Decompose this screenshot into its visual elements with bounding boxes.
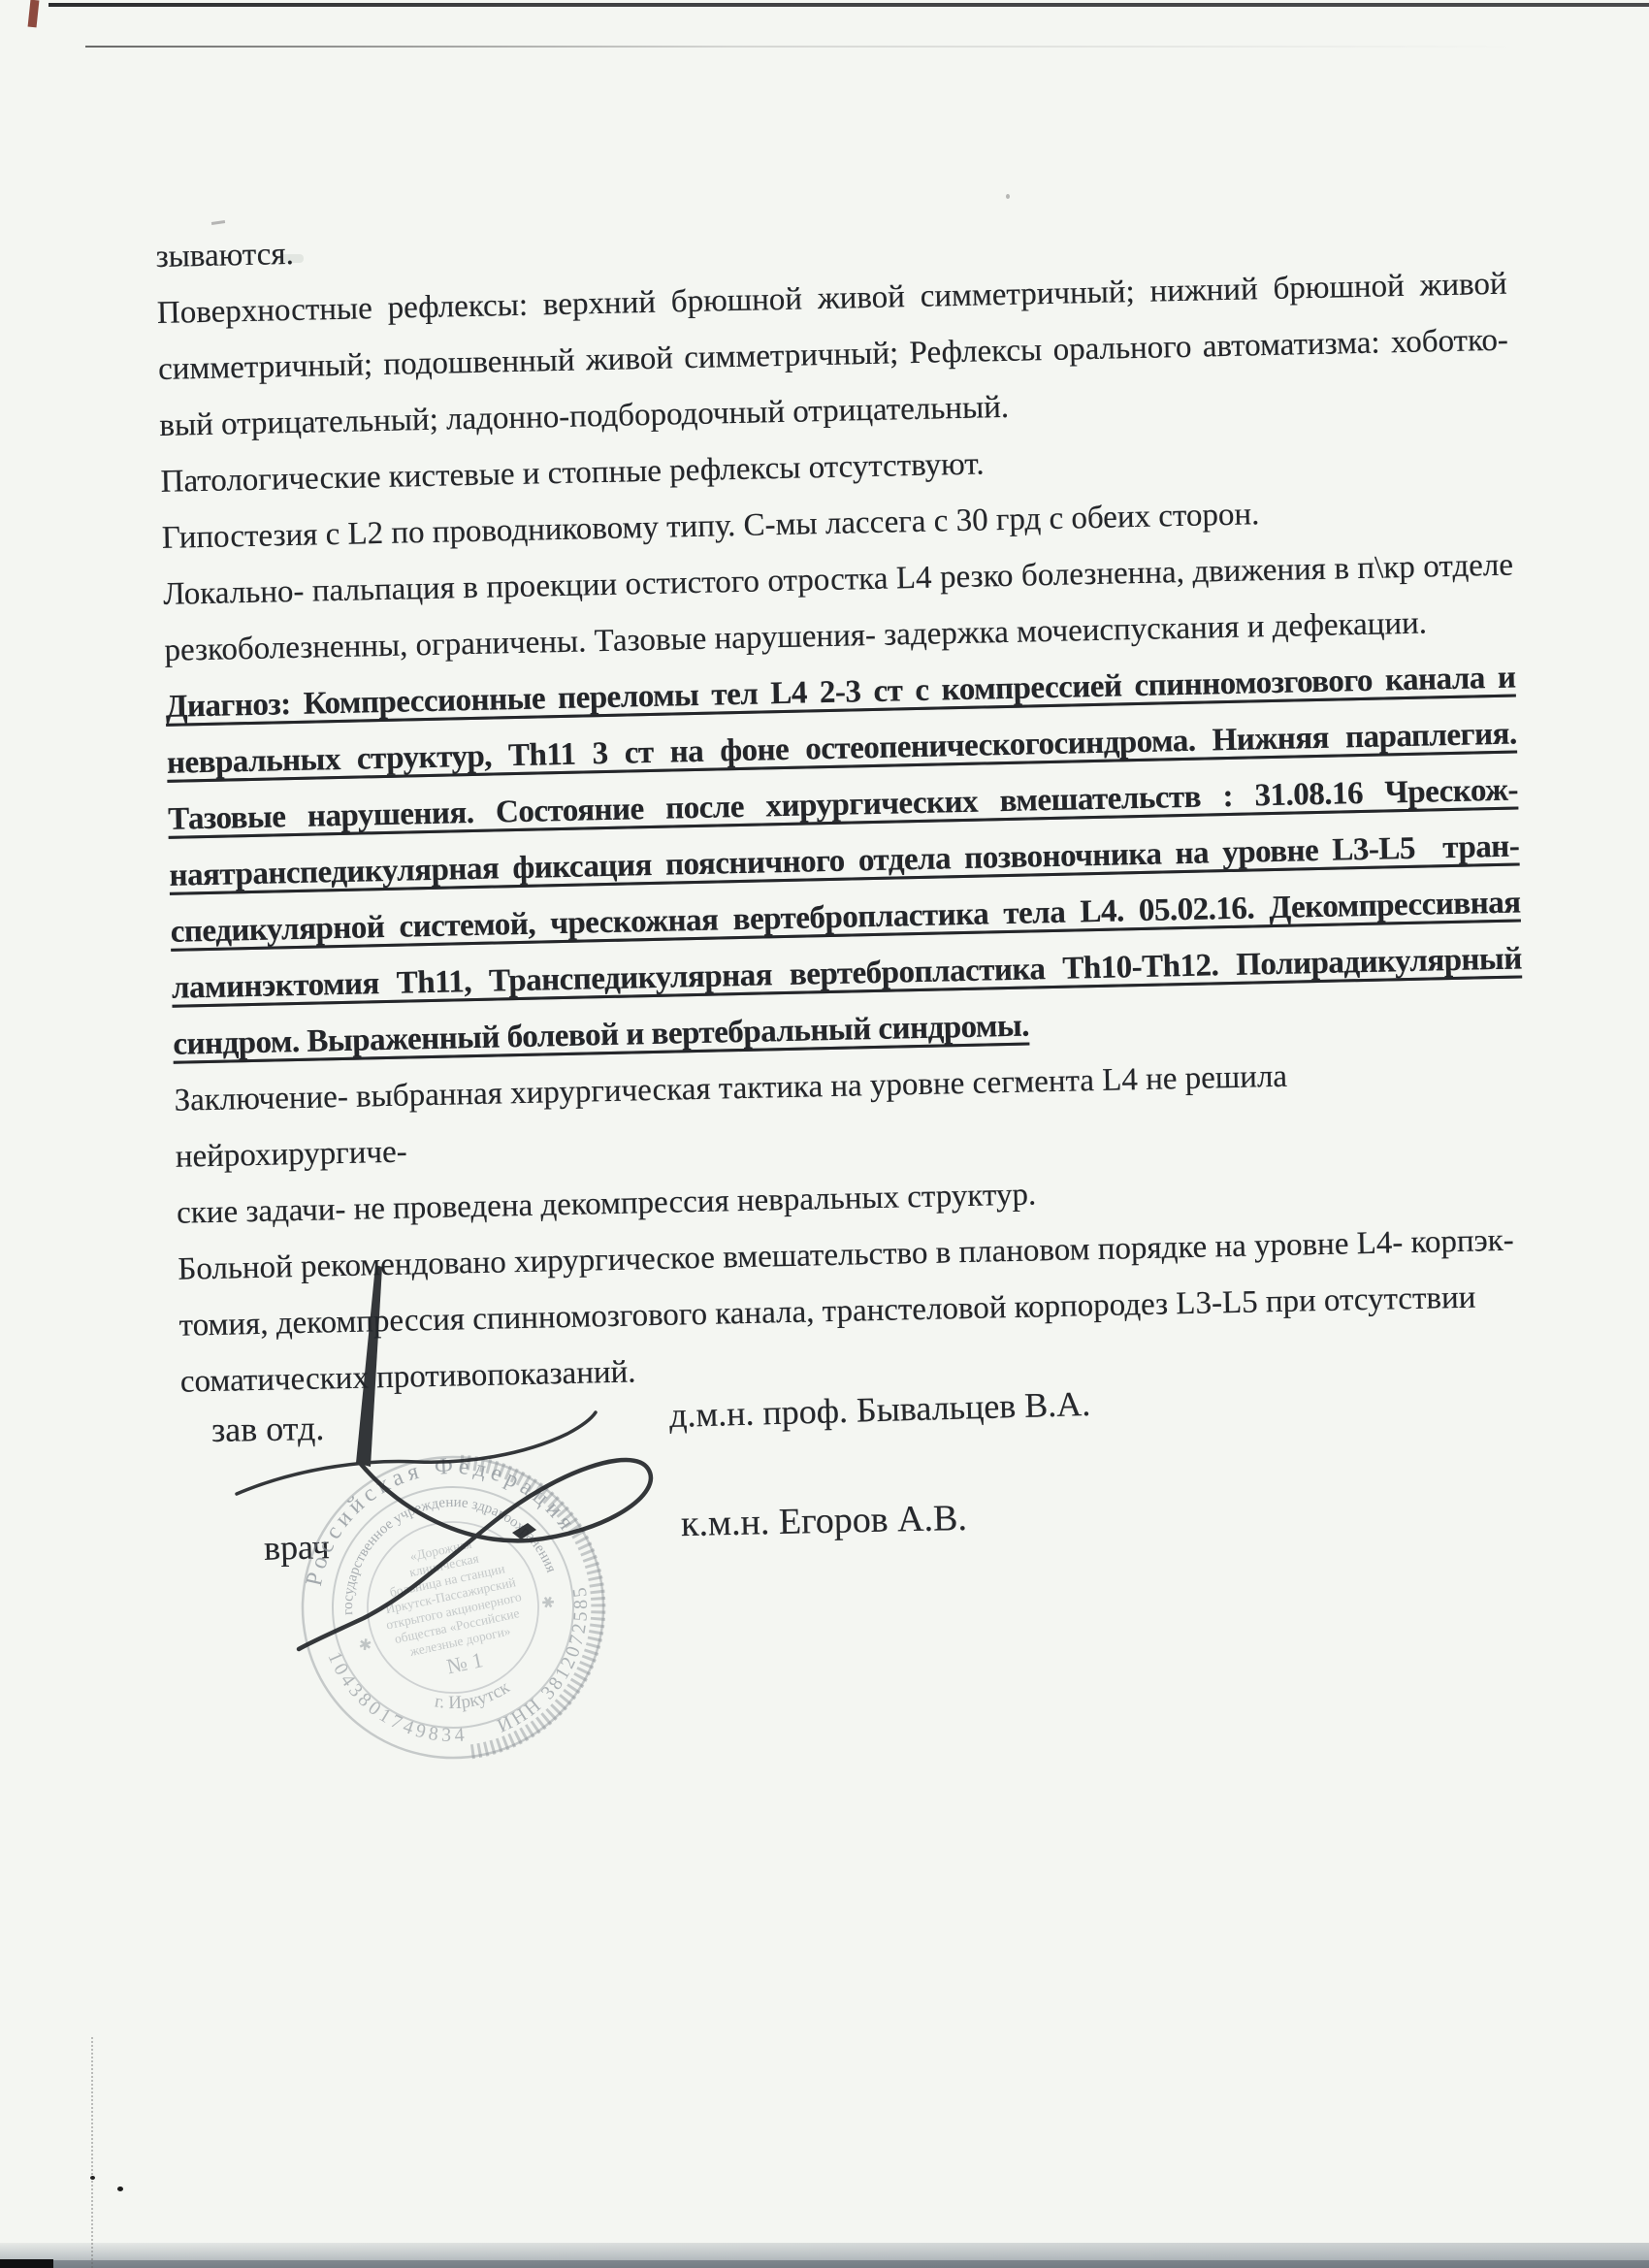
- signature-flourish: [237, 1412, 596, 1494]
- signature-knot: [512, 1523, 536, 1539]
- signature-pen-spike: [356, 1265, 382, 1467]
- scanned-page: зываются.Поверхностные рефлексы: верхний…: [0, 0, 1649, 2268]
- handwritten-signature: [0, 0, 1649, 2268]
- signature-loop: [299, 1460, 651, 1649]
